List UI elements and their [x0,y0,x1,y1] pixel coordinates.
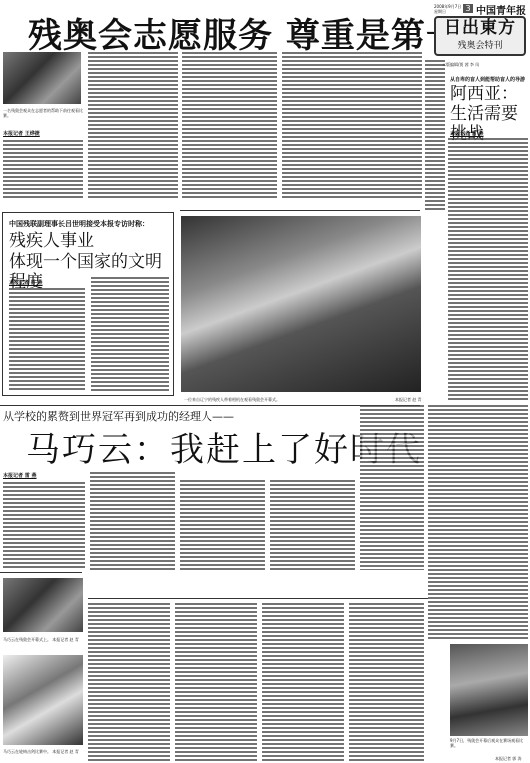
section-title: 日出東方 [436,18,524,38]
ma-text-col5 [360,405,424,570]
volunteer-text-col1 [3,140,83,200]
paper-logo: 中国青年报 [476,2,526,17]
ma-byline: 本报记者 雷 燕 [3,472,36,479]
ma-photo-2-caption: 马巧云在轮椅击剑比赛中。 本报记者 赵 青 [3,749,85,754]
center-photo-credit: 本报记者 赵 青 [395,397,422,402]
interview-kicker: 中国残联副理事长吕世明接受本报专访时称： [9,219,149,229]
section-banner: 日出東方 残奥会特刊 [434,16,526,56]
lower-text-col3 [262,603,344,761]
ma-photo-1 [3,578,83,632]
interview-text-col2 [91,277,169,392]
page-number: 3 [463,4,473,13]
masthead: 2008年9月7日 星期日 3 中国青年报 日出東方 残奥会特刊 本版编辑/贾 … [432,2,528,72]
volunteer-photo [3,52,81,104]
bottom-right-photo [450,644,528,736]
volunteer-photo-caption: 一名残奥会观众在志愿者的帮助下前往观看比赛。 [3,108,83,118]
divider [0,572,82,573]
arsenia-byline: 本报记者 雷 燕 [450,130,483,137]
bottom-right-credit: 本报记者 郭 涛 [495,756,522,761]
interview-text-col1 [9,288,85,392]
divider [88,598,428,599]
bottom-right-caption: 9月7日，残奥会开幕后观众在赛场观看比赛。 [450,738,528,748]
right-lower-text [428,405,528,640]
main-headline: 残奥会志愿服务 尊重是第一位 [28,8,496,57]
ma-text-col3 [180,480,265,570]
divider [0,405,420,406]
ma-text-col4 [270,480,355,570]
ma-photo-2 [3,655,83,745]
arsenia-kicker: 从自卑的盲人到能帮助盲人的导游 [450,76,525,83]
editor-credit: 本版编辑/贾 茜 李 凤 [442,62,479,68]
lower-text-col1 [88,603,170,761]
ma-text-col2 [90,472,175,570]
interview-headline-1: 残疾人事业 [9,231,94,251]
volunteer-text-col2 [88,52,178,200]
arsenia-text [448,138,528,400]
ma-photo-1-caption: 马巧云在残奥会开幕式上。 本报记者 赵 青 [3,637,85,642]
lower-text-col2 [175,603,257,761]
section-subtitle: 残奥会特刊 [436,38,524,51]
volunteer-text-col3 [182,52,277,200]
volunteer-text-col4 [282,52,422,200]
volunteer-byline: 本报记者 王烨捷 [3,130,40,137]
issue-date: 2008年9月7日 星期日 [434,4,464,14]
ma-text-col1 [3,482,85,570]
arsenia-headline-1: 阿西亚： [450,84,518,104]
lower-text-col4 [349,603,424,761]
center-photo [181,216,421,392]
interview-box: 中国残联副理事长吕世明接受本报专访时称： 残疾人事业 体现一个国家的文明程度 本… [2,212,174,396]
right-filler-text [425,60,445,210]
divider [180,210,420,211]
interview-byline: 本报记者 雷 燕 [9,279,42,286]
center-photo-caption: 一位来自辽宁的残疾人带着相机在观看残奥会开幕式。 [184,397,280,402]
